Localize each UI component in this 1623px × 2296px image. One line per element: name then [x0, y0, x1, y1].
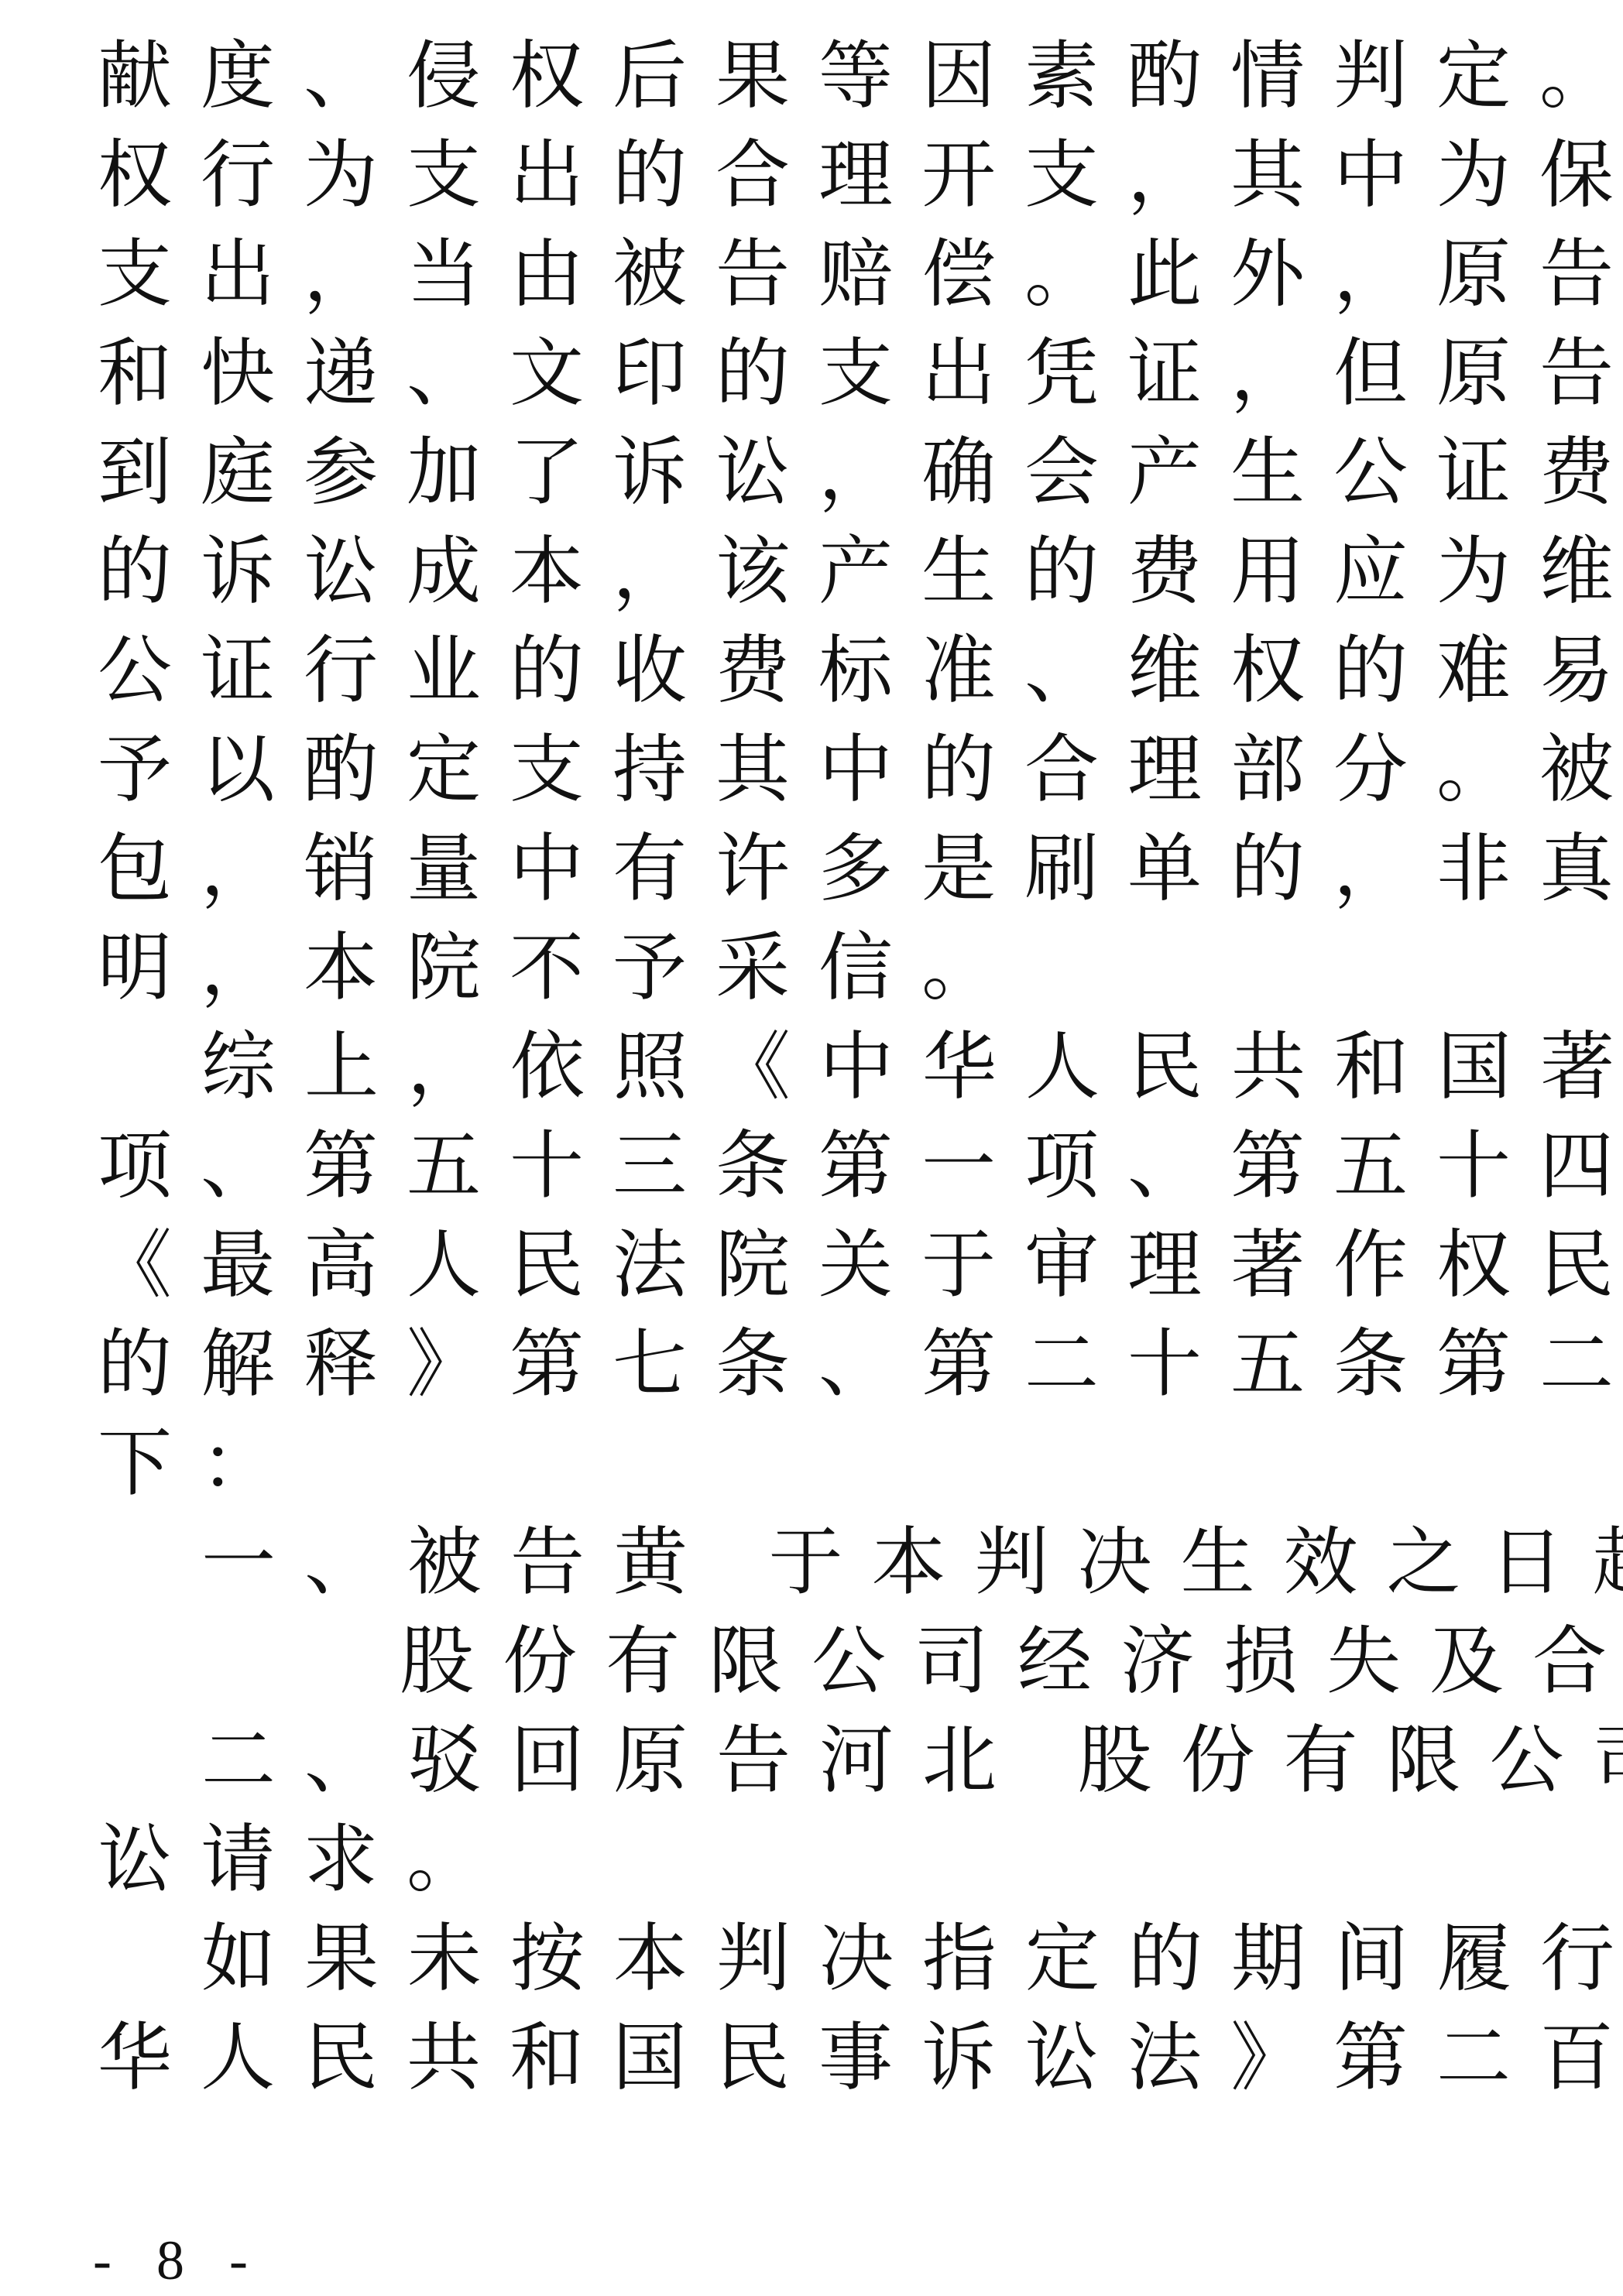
text-line-12: 项、第五十三条第一项、第五十四条第一款、第二款、第三款， — [98, 1119, 1546, 1212]
text-line-10: 明，本院不予采信。 — [98, 921, 1546, 1014]
document-page: 献度、侵权后果等因素酌情判定。关于原告主张的为制止涉案侵 权行为支出的合理开支，… — [0, 0, 1623, 2296]
page-number: - 8 - — [93, 2229, 263, 2291]
text-line-21: 华人民共和国民事诉讼法》第二百六十四条规定，加倍支付迟延 — [98, 2011, 1546, 2104]
judgment-item-1-line-1: 一、被告黄 于本判决生效之日起十日内赔偿原告河北 — [201, 1516, 1546, 1609]
text-line-1: 献度、侵权后果等因素酌情判定。关于原告主张的为制止涉案侵 — [98, 29, 1546, 122]
text-line-7: 公证行业的收费标准、维权的难易程度、律师工作量等本案案情 — [98, 624, 1546, 717]
text-line-3: 支出，当由被告赔偿。此外，原告虽未提供律师费、公证费发票 — [98, 228, 1546, 320]
text-line-4: 和快递、文印的支出凭证，但原告为维权做了公证，亦委托律师 — [98, 327, 1546, 420]
text-line-11: 综上，依照《中华人民共和国著作权法》第十条第一款第六 — [201, 1020, 1546, 1113]
text-line-20: 如果未按本判决指定的期间履行给付金钱义务，应当依照《中 — [201, 1912, 1546, 2005]
text-line-8: 予以酌定支持其中的合理部分。被告黄 提出的批发了几十只书 — [98, 723, 1546, 816]
text-line-6: 的诉讼成本，该产生的费用应为维权之开支，本院将根据律师和 — [98, 525, 1546, 618]
text-line-14: 的解释》第七条、第二十五条第二款、第二十六条规定，判决如 — [98, 1318, 1546, 1410]
text-line-13: 《最高人民法院关于审理著作权民事纠纷案件适用法律若干问题 — [98, 1218, 1546, 1311]
text-line-9: 包，销量中有许多是刷单的，非真实交易等抗辩意见，无证据证 — [98, 822, 1546, 915]
judgment-item-2-line-1: 二、驳回原告河北 股份有限公司的其余诉 — [201, 1714, 1546, 1807]
text-line-5: 到庭参加了诉讼，确会产生公证费和律师费，同时亦会产生一定 — [98, 426, 1546, 519]
judgment-item-2-line-2: 讼请求。 — [98, 1813, 1546, 1906]
text-line-15: 下： — [98, 1417, 1546, 1510]
judgment-item-1-line-2: 股份有限公司经济损失及合理开支共计93,000元； — [400, 1615, 1546, 1708]
text-line-2: 权行为支出的合理开支，其中为保全证据，公证购买侵权实物的 — [98, 129, 1546, 221]
